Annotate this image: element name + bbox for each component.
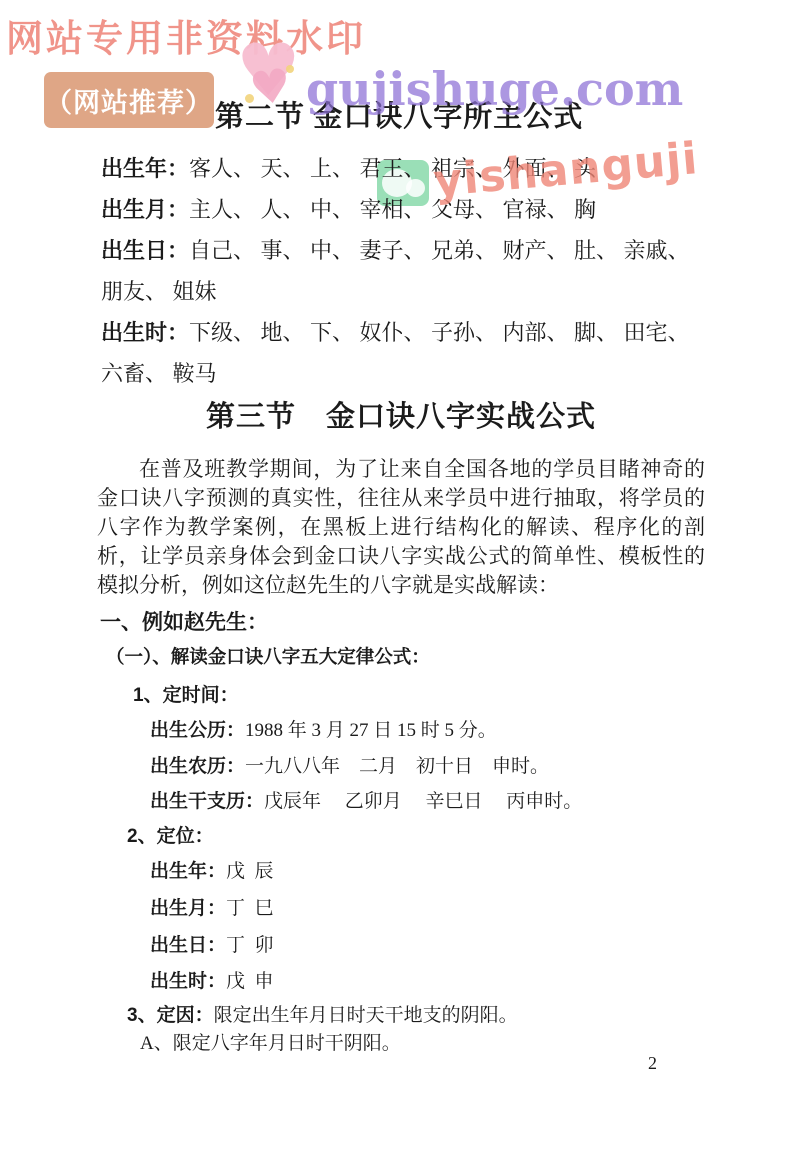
document-page: 网站专用非资料水印 （网站推荐） ♥ ♥ gujishuge.com yisha… — [0, 0, 796, 1156]
outline-item-1-1: （一）、解读金口诀八字五大定律公式： — [106, 643, 430, 669]
watermark-gujishuge: gujishuge.com — [306, 62, 683, 116]
row-content: 戊 辰 — [226, 861, 274, 882]
row-label: 出生月： — [101, 197, 189, 222]
row-content: 丁 巳 — [226, 898, 274, 919]
pillar-hour-row: 出生时：戊 申 — [150, 966, 274, 993]
step2-heading: 2、定位： — [127, 821, 214, 848]
row-label: 出生公历： — [150, 720, 245, 741]
list-row: 出生月：主人、 人、 中、 宰相、 父母、 官禄、 胸 — [101, 189, 713, 230]
step1-heading: 1、定时间： — [133, 680, 239, 707]
birth-ganzhi-row: 出生干支历：戊辰年 乙卯月 辛巳日 丙申时。 — [150, 786, 582, 813]
birth-gregorian-row: 出生公历：1988 年 3 月 27 日 15 时 5 分。 — [150, 715, 497, 742]
list-row: 出生日：自己、 事、 中、 妻子、 兄弟、 财产、 肚、 亲戚、 朋友、 姐妹 — [101, 230, 713, 312]
row-label: 出生日： — [101, 238, 189, 263]
row-label: 出生时： — [101, 320, 189, 345]
birth-lunar-row: 出生农历：一九八八年 二月 初十日 申时。 — [150, 751, 549, 778]
outline-item-1: 一、例如赵先生： — [100, 606, 268, 636]
sparkle-dot-icon — [286, 65, 294, 73]
pillar-year-row: 出生年：戊 辰 — [150, 856, 274, 883]
row-label: 出生时： — [150, 971, 226, 992]
sparkle-dot-icon — [245, 94, 254, 103]
row-content: 1988 年 3 月 27 日 15 时 5 分。 — [245, 720, 497, 741]
row-label: 出生年： — [150, 861, 226, 882]
row-label: 出生日： — [150, 935, 226, 956]
list-row: 出生时：下级、 地、 下、 奴仆、 子孙、 内部、 脚、 田宅、 六畜、 鞍马 — [101, 312, 713, 394]
page-number: 2 — [648, 1053, 657, 1074]
row-label: 出生年： — [101, 156, 189, 181]
step3-sub-a: A、限定八字年月日时干阴阳。 — [140, 1028, 401, 1055]
row-content: 戊 申 — [226, 971, 274, 992]
section3-title: 第三节 金口诀八字实战公式 — [206, 394, 596, 435]
row-content: 下级、 地、 下、 奴仆、 子孙、 内部、 脚、 田宅、 六畜、 鞍马 — [101, 320, 695, 386]
row-content: 自己、 事、 中、 妻子、 兄弟、 财产、 肚、 亲戚、 朋友、 姐妹 — [101, 238, 695, 304]
row-label: 出生农历： — [150, 756, 245, 777]
row-label: 出生月： — [150, 898, 226, 919]
step3-heading: 3、定因：限定出生年月日时天干地支的阴阳。 — [127, 1000, 518, 1027]
row-content: 一九八八年 二月 初十日 申时。 — [245, 756, 549, 777]
pillar-day-row: 出生日：丁 卯 — [150, 930, 274, 957]
site-recommend-badge-label: （网站推荐） — [45, 81, 213, 120]
row-content: 丁 卯 — [226, 935, 274, 956]
watermark-top-left: 网站专用非资料水印 — [6, 8, 366, 62]
intro-paragraph: 在普及班教学期间，为了让来自全国各地的学员目睹神奇的金口诀八字预测的真实性，往往… — [97, 455, 705, 600]
row-label: 出生干支历： — [150, 791, 264, 812]
site-recommend-badge: （网站推荐） — [44, 72, 214, 128]
row-content: 限定出生年月日时天干地支的阴阳。 — [214, 1005, 518, 1026]
pillar-month-row: 出生月：丁 巳 — [150, 893, 274, 920]
row-content: 戊辰年 乙卯月 辛巳日 丙申时。 — [264, 791, 582, 812]
row-content: 主人、 人、 中、 宰相、 父母、 官禄、 胸 — [189, 197, 596, 222]
row-label: 3、定因： — [127, 1005, 214, 1026]
